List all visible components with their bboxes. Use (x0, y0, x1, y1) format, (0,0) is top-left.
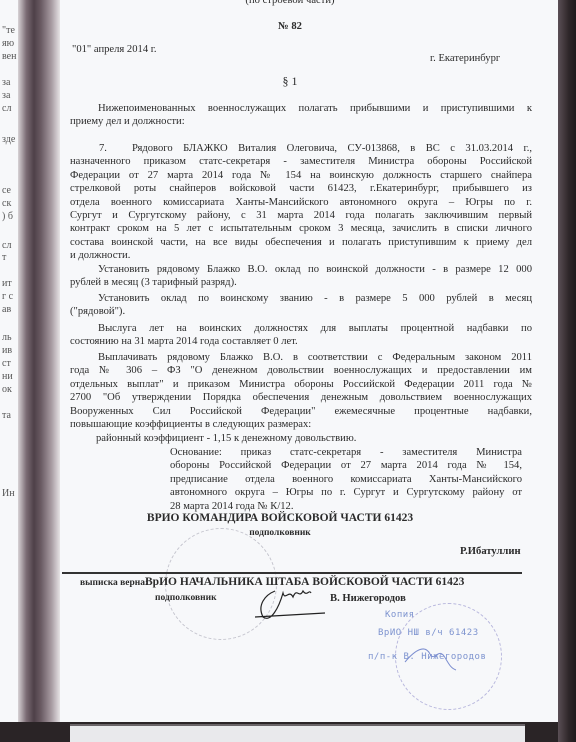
divider-line (62, 572, 522, 574)
next-page-edge (70, 724, 525, 742)
copy-stamp-line1: Копия (385, 610, 415, 620)
intro-paragraph: Нижепоименованных военнослужащих полагат… (70, 102, 532, 129)
order-number: № 82 (180, 20, 400, 33)
basis-paragraph: Основание: приказ статс-секретаря - заме… (170, 446, 522, 513)
salary-position-paragraph: Установить рядовому Блажко В.О. оклад по… (70, 263, 532, 290)
salary-rank-paragraph: Установить оклад по воинскому званию - в… (70, 292, 532, 319)
certification-label: выписка верна: (80, 577, 148, 590)
item-paragraph: Рядового БЛАЖКО Виталия Олеговича, СУ-01… (70, 142, 532, 263)
regional-coefficient: районный коэффициент - 1,15 к денежному … (96, 432, 356, 445)
section-marker: § 1 (230, 75, 350, 88)
signature-icon (245, 583, 335, 623)
binding-bottom (0, 722, 70, 742)
signatory-name: Р.Ибатуллин (460, 545, 521, 558)
copy-signature-icon (400, 640, 460, 675)
service-years-paragraph: Выслуга лет на воинских должностях для в… (70, 322, 532, 349)
order-date: "01" апреля 2014 г. (72, 43, 157, 56)
payments-paragraph: Выплачивать рядовому Блажко В.О. в соотв… (70, 351, 532, 431)
signatory-title: ВРИО КОМАНДИРА ВОЙСКОВОЙ ЧАСТИ 61423 (100, 512, 460, 525)
right-page-edge (558, 0, 576, 742)
header-partial: (по строевой части) (180, 0, 400, 7)
copy-stamp-line2: ВрИО НШ в/ч 61423 (378, 628, 479, 638)
page-binding-shadow (18, 0, 60, 722)
certification-rank: подполковник (155, 592, 217, 605)
document-page: (по строевой части) № 82 "01" апреля 201… (0, 0, 558, 722)
certification-name: В. Нижегородов (330, 592, 406, 605)
order-city: г. Екатеринбург (430, 52, 500, 65)
